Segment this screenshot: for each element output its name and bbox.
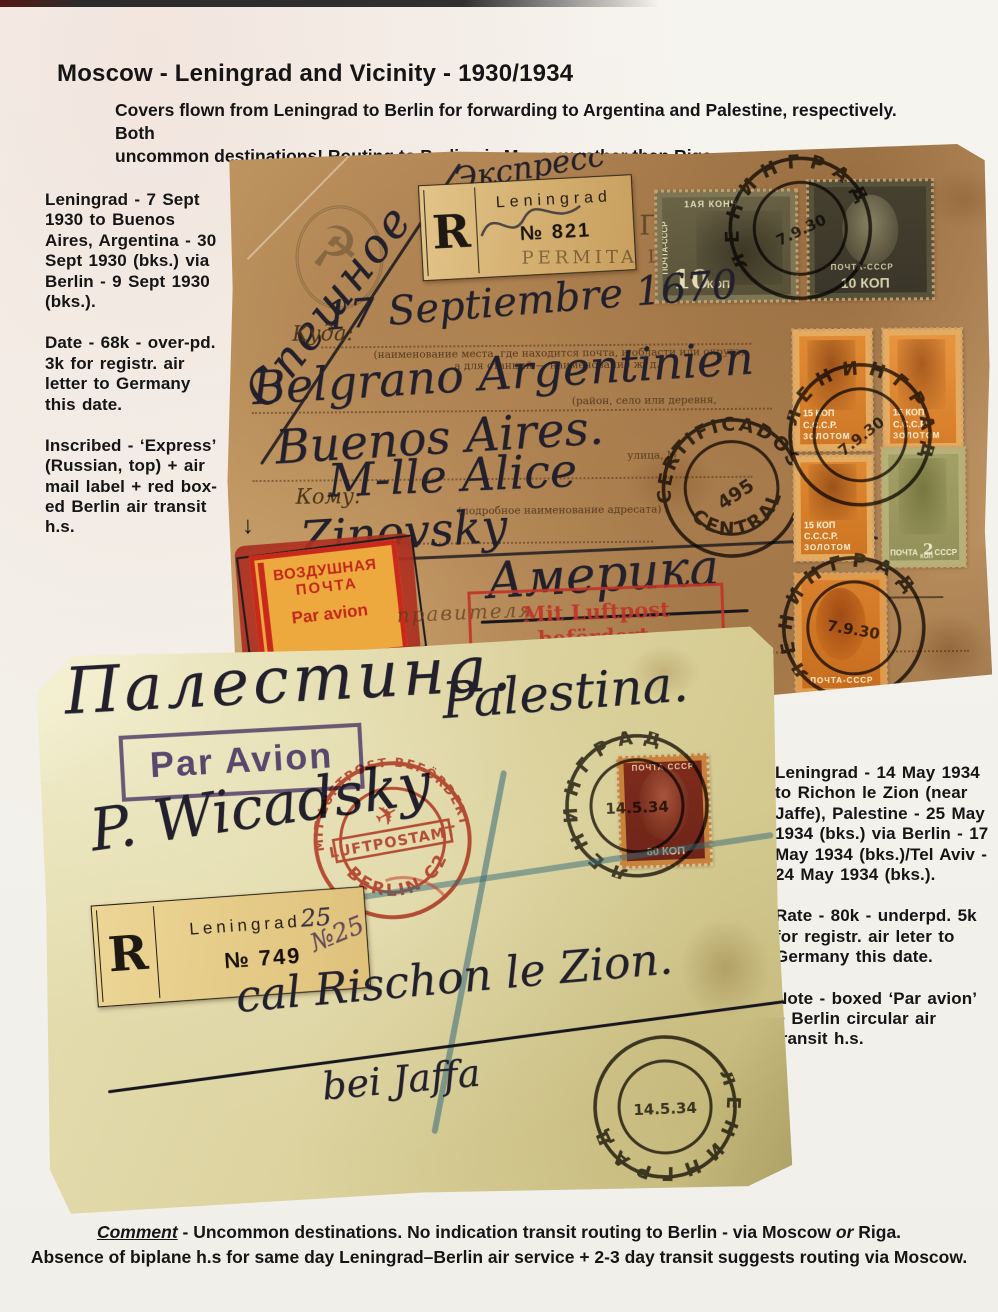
stamp-inscription: СССР — [934, 548, 957, 557]
handwritten-scribble — [475, 196, 587, 248]
comment: Comment - Uncommon destinations. No indi… — [30, 1220, 968, 1269]
left-caption-para1: Leningrad - 7 Sept 1930 to Buenos Aires,… — [45, 190, 225, 312]
stamp-value: 15 КОП — [804, 520, 836, 530]
airmail-label-line3: Par avion — [260, 597, 399, 632]
comment-or: or — [836, 1222, 854, 1242]
cert-number: 495 — [714, 475, 758, 514]
comment-label: Comment — [97, 1222, 178, 1242]
subtitle-line1: Covers flown from Leningrad to Berlin fo… — [115, 100, 897, 143]
comment-text-b: Riga. — [853, 1222, 901, 1242]
stamp-value-unit: КОП — [920, 554, 933, 560]
right-caption-para2: Rate - 80k - underpd. 5k for registr. ai… — [775, 906, 990, 967]
postmark-leningrad: ЛЕНИНГРАД 14.5.34 — [543, 711, 732, 900]
left-caption-para2: Date - 68k - over-pd. 3k for registr. ai… — [45, 333, 225, 415]
registration-r: R — [423, 187, 479, 276]
postmark-date: 7.9.30 — [773, 211, 829, 250]
postmark-date: 7.9.30 — [835, 413, 888, 460]
left-caption-para3: Inscribed - ‘Express’ (Russian, top) + a… — [45, 436, 225, 538]
registration-r: R — [96, 906, 160, 1002]
stain — [925, 169, 998, 230]
comment-text-a: - Uncommon destinations. No indication t… — [178, 1222, 836, 1242]
right-caption: Leningrad - 14 May 1934 to Richon le Zio… — [775, 763, 990, 1071]
registration-city-text: Leningrad — [189, 912, 302, 939]
stamp-inscription: С.С.С.Р. — [804, 531, 838, 541]
left-caption: Leningrad - 7 Sept 1930 to Buenos Aires,… — [45, 190, 225, 559]
cover-palestine: Палестина. Palestina. Par Avion P. Wicad… — [28, 626, 793, 1215]
right-caption-para3: Note - boxed ‘Par avion’ + Berlin circul… — [775, 989, 990, 1050]
handwritten-addressee: M-lle Alice — [326, 443, 578, 508]
page-title: Moscow - Leningrad and Vicinity - 1930/1… — [57, 60, 573, 88]
postmark-date: 14.5.34 — [633, 1099, 697, 1119]
comment-line2: Absence of biplane h.s for same day Leni… — [30, 1245, 968, 1270]
arrow-annotation: ↓ — [242, 512, 254, 540]
exhibit-page: Moscow - Leningrad and Vicinity - 1930/1… — [0, 0, 998, 1312]
right-caption-para1: Leningrad - 14 May 1934 to Richon le Zio… — [775, 763, 990, 885]
postmark-date: 14.5.34 — [605, 798, 669, 818]
postmark-date: 7.9.30 — [826, 617, 881, 644]
airmail-label: ВОЗДУШНАЯ ПОЧТА Par avion — [249, 539, 409, 667]
cover-argentina: ☭ Спешное Экспресс R Leningrad № 821 П P… — [225, 144, 993, 704]
comment-line1: Comment - Uncommon destinations. No indi… — [30, 1220, 968, 1245]
scan-edge-artifact — [0, 0, 660, 7]
